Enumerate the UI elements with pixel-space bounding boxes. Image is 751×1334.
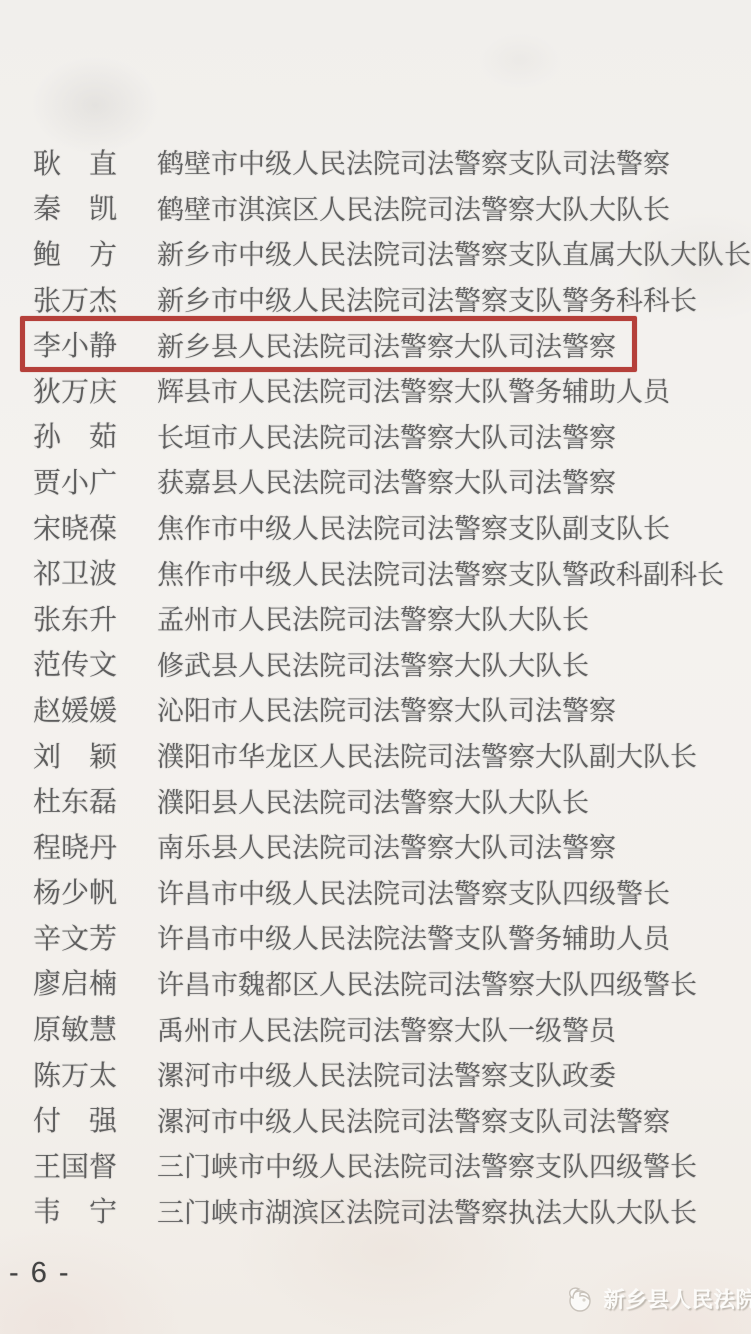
list-item: 韦 宁 三门峡市湖滨区法院司法警察执法大队大队长 [33,1188,751,1234]
list-item: 贾小广 获嘉县人民法院司法警察大队司法警察 [33,458,751,504]
person-name: 杜东磊 [33,780,121,820]
list-item: 张东升 孟州市人民法院司法警察大队大队长 [33,595,751,641]
list-item: 狄万庆 辉县市人民法院司法警察大队警务辅助人员 [33,367,751,413]
person-affiliation: 漯河市中级人民法院司法警察支队政委 [157,1054,616,1093]
person-name: 赵媛媛 [33,689,121,729]
list-item: 范传文 修武县人民法院司法警察大队大队长 [33,641,751,687]
person-affiliation: 禹州市人民法院司法警察大队一级警员 [157,1009,616,1048]
person-affiliation: 焦作市中级人民法院司法警察支队警政科副科长 [157,553,724,592]
watermark-text: 新乡县人民法院 [604,1284,751,1314]
person-name: 孙 茹 [33,415,121,455]
person-name: 秦 凯 [33,187,121,227]
person-affiliation: 濮阳县人民法院司法警察大队大队长 [157,781,589,820]
person-affiliation: 许昌市中级人民法院司法警察支队四级警长 [157,872,670,911]
person-affiliation: 修武县人民法院司法警察大队大队长 [157,644,589,683]
list-item: 张万杰 新乡市中级人民法院司法警察支队警务科科长 [33,276,751,322]
person-affiliation: 新乡市中级人民法院司法警察支队警务科科长 [157,279,697,318]
person-affiliation: 许昌市中级人民法院法警支队警务辅助人员 [157,917,670,956]
person-affiliation: 濮阳市华龙区人民法院司法警察大队副大队长 [157,735,697,774]
person-name: 宋晓葆 [33,507,121,547]
page-number: - 6 - [9,1257,71,1290]
list-item: 原敏慧 禹州市人民法院司法警察大队一级警员 [33,1005,751,1051]
list-item: 付 强 漯河市中级人民法院司法警察支队司法警察 [33,1096,751,1142]
person-affiliation: 获嘉县人民法院司法警察大队司法警察 [157,461,616,500]
person-affiliation: 许昌市魏都区人民法院司法警察大队四级警长 [157,963,697,1002]
person-name: 程晓丹 [33,826,121,866]
person-name: 范传文 [33,643,121,683]
list-item: 鲍 方 新乡市中级人民法院司法警察支队直属大队大队长 [33,230,751,276]
person-name: 韦 宁 [33,1190,121,1230]
person-affiliation: 新乡县人民法院司法警察大队司法警察 [157,325,616,364]
person-name: 张东升 [33,598,121,638]
person-name: 耿 直 [33,142,121,182]
person-affiliation: 南乐县人民法院司法警察大队司法警察 [157,826,616,865]
list-item: 孙 茹 长垣市人民法院司法警察大队司法警察 [33,413,751,459]
person-name: 王国督 [33,1145,121,1185]
list-item: 杜东磊 濮阳县人民法院司法警察大队大队长 [33,777,751,823]
person-name: 付 强 [33,1099,121,1139]
list-item: 祁卫波 焦作市中级人民法院司法警察支队警政科副科长 [33,549,751,595]
list-item: 陈万太 漯河市中级人民法院司法警察支队政委 [33,1051,751,1097]
list-item: 赵媛媛 沁阳市人民法院司法警察大队司法警察 [33,686,751,732]
person-affiliation: 鹤壁市中级人民法院司法警察支队司法警察 [157,142,670,181]
watermark: 新乡县人民法院 [561,1283,751,1315]
person-name: 贾小广 [33,461,121,501]
scanned-document-page: 耿 直 鹤壁市中级人民法院司法警察支队司法警察 秦 凯 鹤壁市淇滨区人民法院司法… [0,0,751,1334]
person-name: 廖启楠 [33,962,121,1002]
list-item-highlighted: 李小静 新乡县人民法院司法警察大队司法警察 [33,321,751,367]
person-affiliation: 漯河市中级人民法院司法警察支队司法警察 [157,1100,670,1139]
person-name: 鲍 方 [33,233,121,273]
person-affiliation: 鹤壁市淇滨区人民法院司法警察大队大队长 [157,188,670,227]
person-name: 辛文芳 [33,917,121,957]
list-item: 杨少帆 许昌市中级人民法院司法警察支队四级警长 [33,869,751,915]
person-affiliation: 焦作市中级人民法院司法警察支队副支队长 [157,507,670,546]
list-item: 宋晓葆 焦作市中级人民法院司法警察支队副支队长 [33,504,751,550]
list-item: 程晓丹 南乐县人民法院司法警察大队司法警察 [33,823,751,869]
list-item: 廖启楠 许昌市魏都区人民法院司法警察大队四级警长 [33,960,751,1006]
person-name: 祁卫波 [33,552,121,592]
person-name: 原敏慧 [33,1008,121,1048]
person-affiliation: 新乡市中级人民法院司法警察支队直属大队大队长 [157,233,751,272]
person-affiliation: 长垣市人民法院司法警察大队司法警察 [157,416,616,455]
list-item: 耿 直 鹤壁市中级人民法院司法警察支队司法警察 [33,139,751,185]
person-affiliation: 三门峡市中级人民法院司法警察支队四级警长 [157,1145,697,1184]
list-item: 秦 凯 鹤壁市淇滨区人民法院司法警察大队大队长 [33,185,751,231]
awardee-list: 耿 直 鹤壁市中级人民法院司法警察支队司法警察 秦 凯 鹤壁市淇滨区人民法院司法… [33,139,751,1233]
person-affiliation: 辉县市人民法院司法警察大队警务辅助人员 [157,370,670,409]
court-emblem-icon [561,1283,597,1315]
person-affiliation: 孟州市人民法院司法警察大队大队长 [157,598,589,637]
person-name: 李小静 [33,324,121,364]
person-name: 狄万庆 [33,370,121,410]
person-name: 张万杰 [33,279,121,319]
person-affiliation: 三门峡市湖滨区法院司法警察执法大队大队长 [157,1191,697,1230]
list-item: 刘 颖 濮阳市华龙区人民法院司法警察大队副大队长 [33,732,751,778]
person-name: 刘 颖 [33,735,121,775]
person-affiliation: 沁阳市人民法院司法警察大队司法警察 [157,689,616,728]
list-item: 辛文芳 许昌市中级人民法院法警支队警务辅助人员 [33,914,751,960]
person-name: 陈万太 [33,1054,121,1094]
person-name: 杨少帆 [33,871,121,911]
list-item: 王国督 三门峡市中级人民法院司法警察支队四级警长 [33,1142,751,1188]
